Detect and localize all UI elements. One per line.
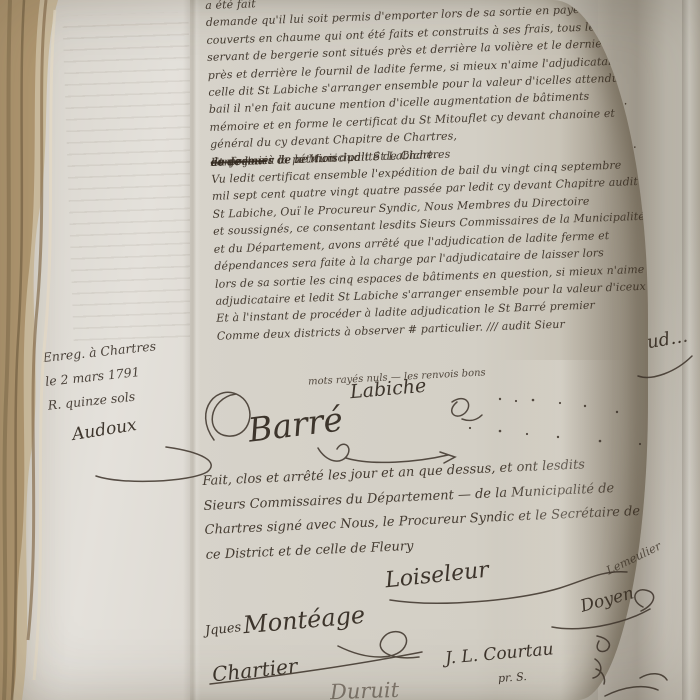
courtau-signature-subscript: pr. S. bbox=[498, 670, 528, 685]
main-page: a été fait demande qu'il lui soit permis… bbox=[190, 0, 648, 700]
manuscript-body-text: a été fait demande qu'il lui soit permis… bbox=[205, 0, 648, 345]
duruit-signature: Duruit bbox=[330, 678, 400, 700]
closing-paragraph: Fait, clos et arrêté les jour et an que … bbox=[202, 450, 648, 568]
deckle-edge-fibers bbox=[0, 0, 85, 700]
page-crease bbox=[183, 0, 201, 700]
manuscript-photo: l'adjudication faite le A de du 10 novem… bbox=[0, 0, 700, 700]
